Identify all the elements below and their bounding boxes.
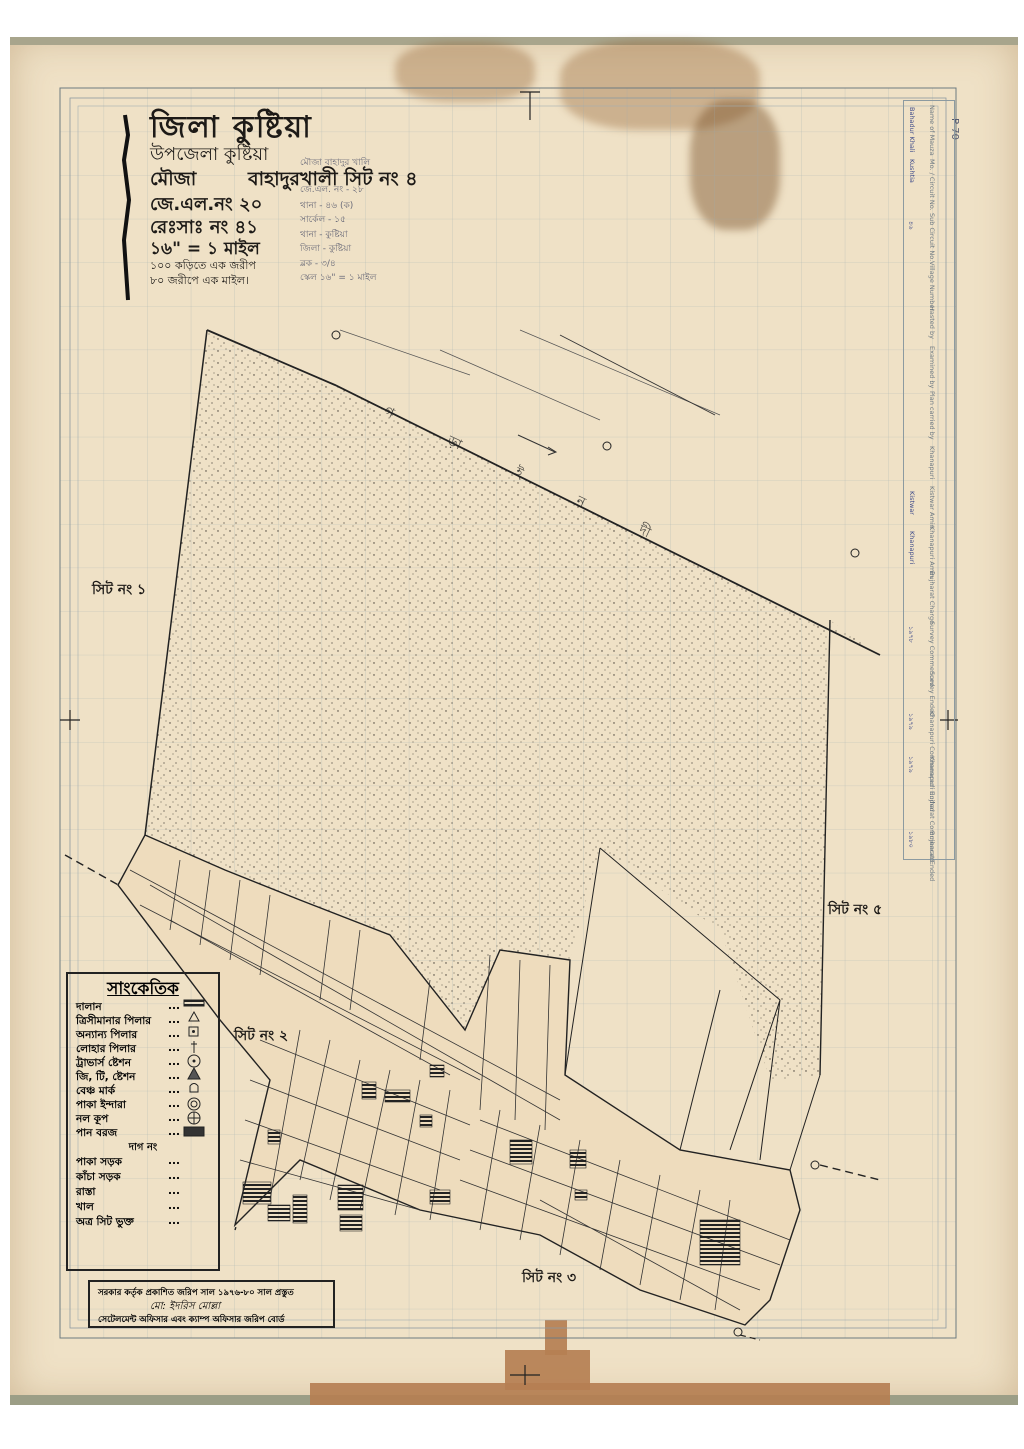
map-legend: সাংকেতিক দালান... ত্রিসীমানার পিলার... অ… [66, 972, 220, 1271]
legend-item-kutcha-road: কাঁচা সড়ক... [76, 1170, 211, 1186]
sheet-label-5: সিট নং ৫ [828, 898, 882, 922]
record-header: Khanapuri [928, 446, 936, 479]
approval-stamp: সরকার কর্তৃক প্রকাশিত জরিপ সাল ১৯৭৬-৮০ স… [88, 1280, 335, 1328]
record-table: Name of Mauza Mo. / Circuit No. Sub Circ… [903, 100, 955, 860]
pencil-note: থানা - কুষ্টিয়া [300, 227, 348, 242]
pencil-note-header: মৌজা বাহাদুর খালি [300, 155, 370, 170]
legend-item-pucca-road: পাকা সড়ক... [76, 1155, 211, 1171]
legend-item-sheet-boundary: অত্র সিট ভুক্ত... [76, 1215, 211, 1231]
sheet-label-2: সিট নং ২ [234, 1024, 288, 1048]
record-value: Kistwar [908, 491, 916, 515]
record-header: Village Number [928, 261, 936, 311]
record-value: ১৯৮০ [905, 831, 916, 848]
stamp-line-3: সেটেলমেন্ট অফিসার এবং ক্যাম্প অফিসার জরি… [98, 1313, 285, 1327]
sheet-label-3: সিট নং ৩ [522, 1266, 576, 1290]
record-header: Examined by [928, 346, 936, 388]
sheet-label-1: সিট নং ১ [92, 578, 146, 602]
pencil-note: সার্কেল - ১৫ [300, 212, 346, 227]
record-value: ১৯৭৯ [905, 713, 916, 730]
pencil-note: স্কেল ১৬" = ১ মাইল [300, 270, 377, 285]
record-value: ৪৬ [905, 221, 916, 229]
pencil-note: জিলা - কুষ্টিয়া [300, 241, 351, 256]
pencil-note: জে.এল. নং - ২৮ [300, 182, 364, 197]
record-header: Name of Mauza [928, 105, 936, 156]
scale-note-2: ৮০ জরীপে এক মাইল। [150, 272, 249, 291]
record-header: Bujharat Charge [928, 571, 936, 624]
record-header: Mo. / Circuit No. [928, 159, 936, 211]
record-header: Plan carried by [928, 391, 936, 440]
record-value: ১৯৭৮ [905, 626, 916, 643]
record-value: Kushtia [908, 159, 916, 183]
record-header: Bujharat Ended [928, 831, 936, 881]
record-value: Khanapuri [908, 531, 916, 564]
record-header: Kistwar Amin [928, 486, 936, 529]
pencil-note: ব্লক - ৩/৪ [300, 256, 336, 271]
pencil-note: থানা - ৪৬ (ক) [300, 198, 353, 213]
legend-item-path: রাস্তা... [76, 1185, 211, 1201]
record-value: Bahadur Khali [908, 107, 916, 153]
record-header: Hasted by [928, 306, 936, 339]
record-header: Survey Ended [928, 671, 936, 716]
legend-item-canal: খাল... [76, 1200, 211, 1216]
record-header: Sub Circuit No. [928, 213, 936, 261]
record-value: ১৯৭৯ [905, 756, 916, 773]
stamp-line-1: সরকার কর্তৃক প্রকাশিত জরিপ সাল ১৯৭৬-৮০ স… [98, 1286, 294, 1300]
